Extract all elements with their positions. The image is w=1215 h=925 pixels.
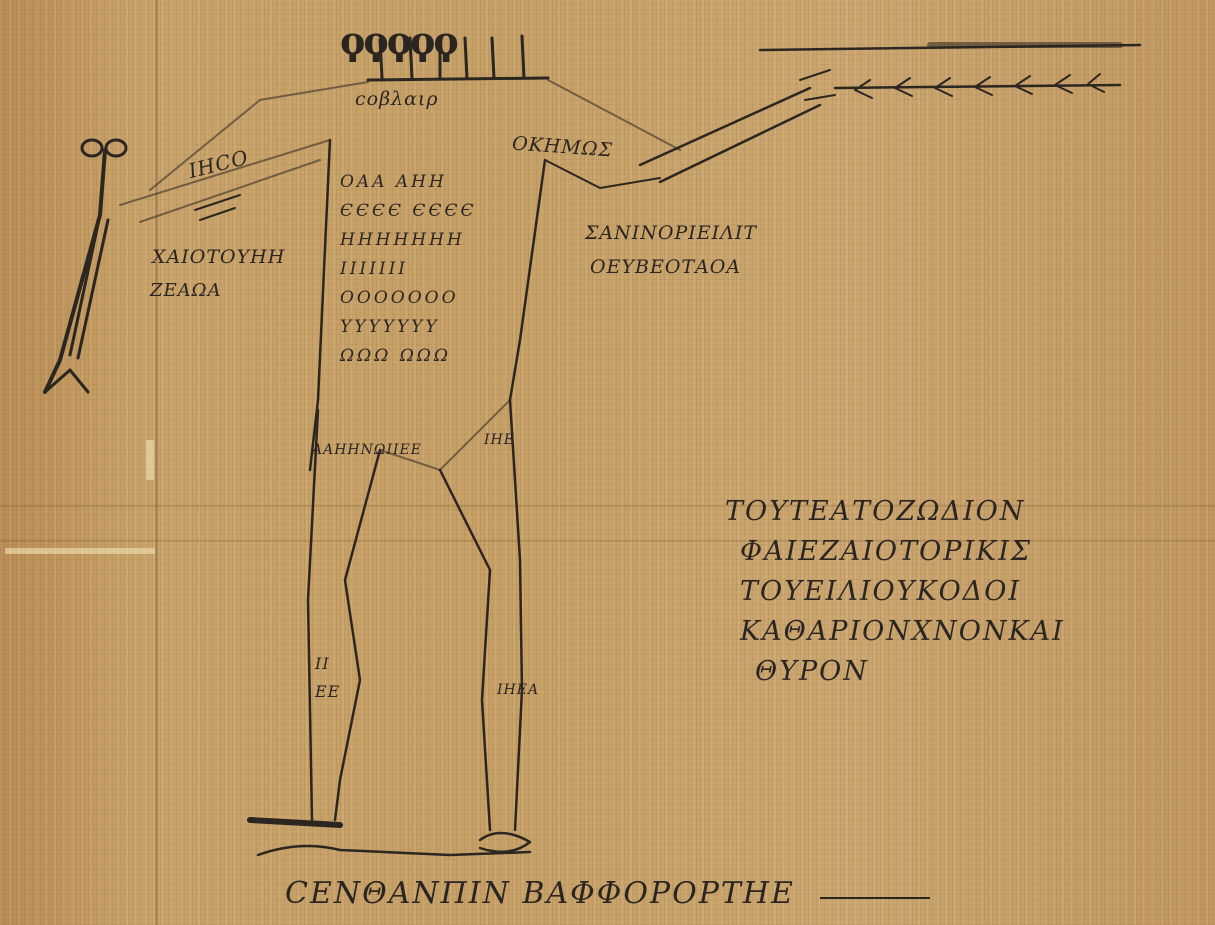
torso-line: ΙΙΙΙΙΙΙ [340,255,476,284]
torso-vowel-grid: ΟΑΑ ΑΗΗ ЄЄЄЄ ЄЄЄЄ ΗΗΗΗΗΗΗ ΙΙΙΙΙΙΙ ΟΟΟΟΟΟ… [340,168,476,371]
left-thigh-letters: ΑΑΗΗΝΩΙΙΕΕ [312,440,362,460]
inscription-line: ΦΑΙΕΖΑΙΟΤΟΡΙΚΙΣ [725,532,1065,572]
left-leg-inner [335,450,380,820]
bottom-caption: CΕΝΘΑΝΠΙΝ ΒΑΦΦΟΡΟΡΤΗΕ [285,876,795,911]
left-side-label-2: ΖΕΑΩΑ [150,280,222,301]
inscription-line: ΤΟΥΤΕΑΤΟΖΩΔΙΟΝ [725,492,1065,532]
right-shin-letters: ΙΗΕΑ [497,680,517,700]
torso-left-edge [310,140,330,470]
torso-line: ΩΩΩ ΩΩΩ [340,342,476,371]
torso-line: ΟΟΟΟΟΟΟ [340,284,476,313]
right-side-label-2: ΟΕΥΒΕΟΤΑΟΑ [590,256,741,278]
left-foot [250,820,340,825]
inscription-line: ΚΑΘΑΡΙΟΝΧΝΟΝΚΑΙ [725,612,1065,652]
left-arm-hatch [195,195,240,220]
caption-underline-stroke [820,897,930,899]
inscription-line: ΘΥΡΟΝ [725,652,1065,692]
papyrus-fragment: ϙϙϙϙϙ ϲοβλαιρ ΙΗCΟ ΧΑΙΟΤΟΥΗΗ ΖΕΑΩΑ ΟΚΗΜΩ… [0,0,1215,925]
crown-base-line [368,78,548,80]
torso-line: ΟΑΑ ΑΗΗ [340,168,476,197]
torso-line: ΗΗΗΗΗΗΗ [340,226,476,255]
staff-handle-loop-left [82,140,102,156]
torso-line: ЄЄЄЄ ЄЄЄЄ [340,197,476,226]
torso-line: ΥΥΥΥΥΥΥ [340,313,476,342]
right-hand [800,70,835,100]
left-side-label-1: ΧΑΙΟΤΟΥΗΗ [152,246,285,268]
staff-handle-loop-right [106,140,126,156]
right-foot [480,833,530,852]
crown-label: ϲοβλαιρ [355,88,439,110]
right-leg-inner [440,470,490,830]
staff-shaft [70,215,108,358]
right-side-label-1: ΣΑΝΙΝΟΡΙΕΙΛΙΤ [585,222,757,244]
torso-right-edge [510,160,545,400]
left-shin-letters: ΙΙ ΕΕ [315,650,355,706]
main-inscription: ΤΟΥΤΕΑΤΟΖΩΔΙΟΝ ΦΑΙΕΖΑΙΟΤΟΡΙΚΙΣ ΤΟΥΕΙΛΙΟΥ… [725,492,1065,692]
left-leg-outer [308,410,318,820]
inscription-line: ΤΟΥΕΙΛΙΟΥΚΟΔΟΙ [725,572,1065,612]
crown-glyphs: ϙϙϙϙϙ [340,18,457,63]
right-arm [640,88,820,182]
right-thigh-letters: ΙΗΕ [484,430,504,450]
left-shoulder-line [150,82,368,190]
right-leg-outer [510,400,522,830]
